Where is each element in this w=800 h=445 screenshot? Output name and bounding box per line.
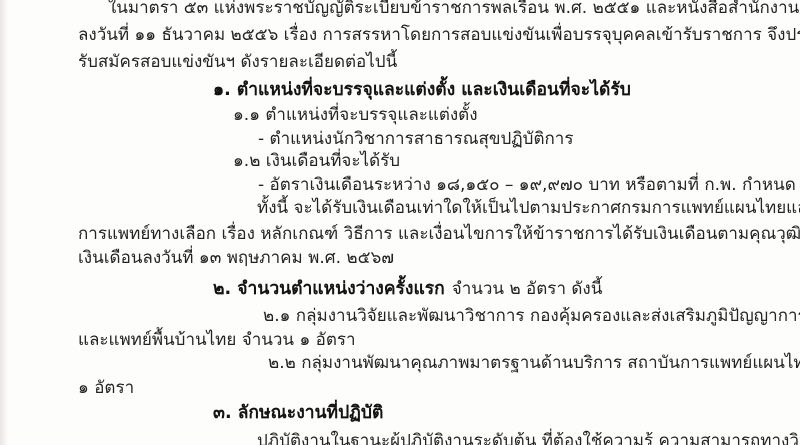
- intro-line-3: รับสมัครสอบแข่งขันฯ ดังรายละเอียดต่อไปนี…: [78, 51, 397, 73]
- section-1-item-1-1: ๑.๑ ตำแหน่งที่จะบรรจุและแต่งตั้ง: [233, 104, 478, 126]
- section-2-item-2-1-line-2: และแพทย์พื้นบ้านไทย จำนวน ๑ อัตรา: [78, 329, 356, 351]
- section-2-heading-rest: จำนวน ๒ อัตรา ดังนี้: [452, 279, 603, 299]
- section-3-heading: ๓. ลักษณะงานที่ปฏิบัติ: [213, 402, 383, 424]
- section-2-item-2-2-line-1: ๒.๒ กลุ่มงานพัฒนาคุณภาพมาตรฐานด้านบริการ…: [268, 352, 800, 374]
- document-page: ในมาตรา ๕๓ แห่งพระราชบัญญัติระเบียบข้ารา…: [0, 0, 800, 445]
- section-1-note-line-2: การแพทย์ทางเลือก เรื่อง หลักเกณฑ์ วิธีกา…: [78, 223, 800, 245]
- section-2-item-2-1-line-1: ๒.๑ กลุ่มงานวิจัยและพัฒนาวิชาการ กองคุ้ม…: [263, 305, 800, 327]
- section-1-item-1-2: ๑.๒ เงินเดือนที่จะได้รับ: [233, 150, 400, 172]
- section-1-item-1-1-detail: - ตำแหน่งนักวิชาการสาธารณสุขปฏิบัติการ: [258, 128, 573, 150]
- section-1-item-1-2-detail: - อัตราเงินเดือนระหว่าง ๑๘,๑๕๐ – ๑๙,๙๗๐ …: [258, 174, 796, 196]
- section-3-body-line-1: ปฏิบัติงานในฐานะผู้ปฏิบัติงานระดับต้น ที…: [257, 430, 800, 445]
- section-2-heading-bold: ๒. จำนวนตำแหน่งว่างครั้งแรก: [213, 279, 445, 299]
- section-1-note-line-3: เงินเดือนลงวันที่ ๑๓ พฤษภาคม พ.ศ. ๒๕๖๗: [78, 247, 394, 269]
- section-2-heading: ๒. จำนวนตำแหน่งว่างครั้งแรกจำนวน ๒ อัตรา…: [213, 278, 602, 300]
- section-1-heading: ๑. ตำแหน่งที่จะบรรจุและแต่งตั้ง และเงินเ…: [213, 79, 631, 101]
- intro-line-1: ในมาตรา ๕๓ แห่งพระราชบัญญัติระเบียบข้ารา…: [108, 0, 800, 19]
- section-2-item-2-2-line-2: ๑ อัตรา: [78, 377, 134, 399]
- section-1-note-line-1: ทั้งนี้ จะได้รับเงินเดือนเท่าใดให้เป็นไป…: [257, 197, 800, 219]
- intro-line-2: ลงวันที่ ๑๑ ธันวาคม ๒๕๕๖ เรื่อง การสรรหา…: [78, 24, 800, 46]
